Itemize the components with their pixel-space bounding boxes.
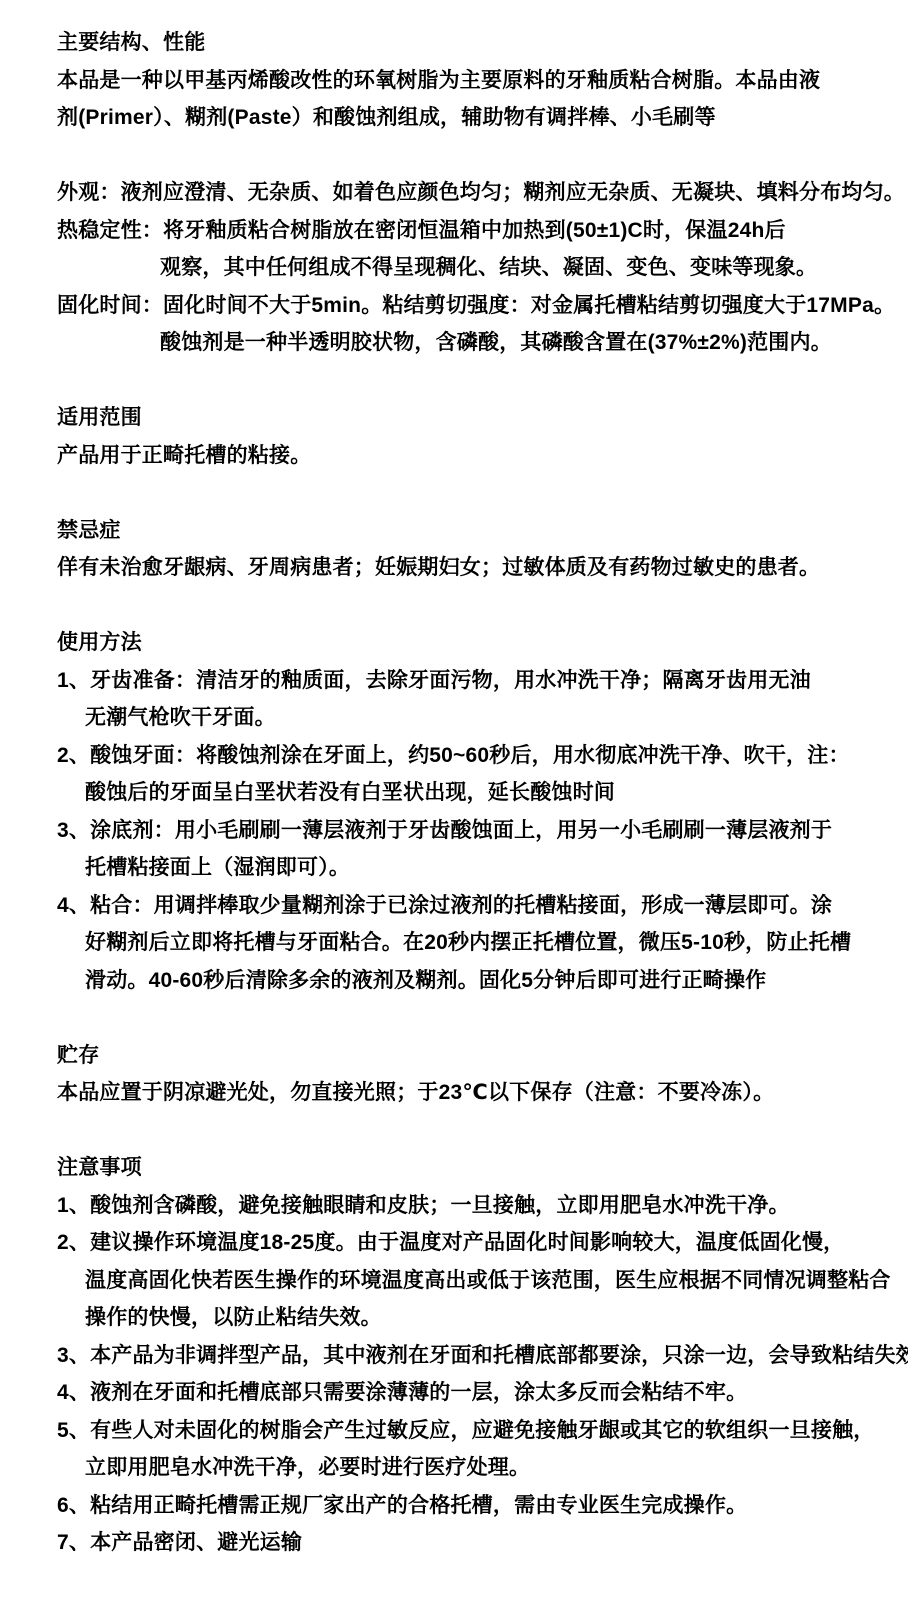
section-title-storage: 贮存 xyxy=(57,1037,902,1075)
scope-line: 产品用于正畸托槽的粘接。 xyxy=(57,437,902,475)
section-usage: 使用方法 1、牙齿准备：清洁牙的釉质面，去除牙面污物，用水冲洗干净；隔离牙齿用无… xyxy=(57,624,902,999)
section-title-contraindications: 禁忌症 xyxy=(57,512,902,550)
precaution-5-continuation: 立即用肥皂水冲洗干净，必要时进行医疗处理。 xyxy=(57,1449,902,1487)
section-title-precautions: 注意事项 xyxy=(57,1149,902,1187)
usage-step-4-continuation: 滑动。40-60秒后清除多余的液剂及糊剂。固化5分钟后即可进行正畸操作 xyxy=(57,962,902,1000)
usage-step-1: 1、牙齿准备：清洁牙的釉质面，去除牙面污物，用水冲洗干净；隔离牙齿用无油 xyxy=(57,662,902,700)
section-title-scope: 适用范围 xyxy=(57,399,902,437)
usage-step-4-continuation: 好糊剂后立即将托槽与牙面粘合。在20秒内摆正托槽位置，微压5-10秒，防止托槽 xyxy=(57,924,902,962)
thermal-stability-continuation: 观察，其中任何组成不得呈现稠化、结块、凝固、变色、变味等现象。 xyxy=(57,249,902,287)
structure-line: 剂(Primer）、糊剂(Paste）和酸蚀剂组成，辅助物有调拌棒、小毛刷等 xyxy=(57,99,902,137)
section-properties: 外观：液剂应澄清、无杂质、如着色应颜色均匀；糊剂应无杂质、无凝块、填料分布均匀。… xyxy=(57,174,902,362)
precaution-4: 4、液剂在牙面和托槽底部只需要涂薄薄的一层，涂太多反而会粘结不牢。 xyxy=(57,1374,902,1412)
structure-line: 本品是一种以甲基丙烯酸改性的环氧树脂为主要原料的牙釉质粘合树脂。本品由液 xyxy=(57,62,902,100)
precaution-3: 3、本产品为非调拌型产品，其中液剂在牙面和托槽底部都要涂，只涂一边，会导致粘结失… xyxy=(57,1337,902,1375)
etchant-line: 酸蚀剂是一种半透明胶状物，含磷酸，其磷酸含置在(37%±2%)范围内。 xyxy=(57,324,902,362)
precaution-2: 2、建议操作环境温度18-25度。由于温度对产品固化时间影响较大，温度低固化慢， xyxy=(57,1224,902,1262)
appearance-line: 外观：液剂应澄清、无杂质、如着色应颜色均匀；糊剂应无杂质、无凝块、填料分布均匀。 xyxy=(57,174,902,212)
precaution-1: 1、酸蚀剂含磷酸，避免接触眼睛和皮肤；一旦接触，立即用肥皂水冲洗干净。 xyxy=(57,1187,902,1225)
precaution-6: 6、粘结用正畸托槽需正规厂家出产的合格托槽，需由专业医生完成操作。 xyxy=(57,1487,902,1525)
section-title-main-structure: 主要结构、性能 xyxy=(57,24,902,62)
section-main-structure: 主要结构、性能 本品是一种以甲基丙烯酸改性的环氧树脂为主要原料的牙釉质粘合树脂。… xyxy=(57,24,902,137)
thermal-stability-line: 热稳定性：将牙釉质粘合树脂放在密闭恒温箱中加热到(50±1)C时，保温24h后 xyxy=(57,212,902,250)
usage-step-2: 2、酸蚀牙面：将酸蚀剂涂在牙面上，约50~60秒后，用水彻底冲洗干净、吹干，注： xyxy=(57,737,902,775)
section-contraindications: 禁忌症 佯有未治愈牙龈病、牙周病患者；妊娠期妇女；过敏体质及有药物过敏史的患者。 xyxy=(57,512,902,587)
product-instructions-document: 主要结构、性能 本品是一种以甲基丙烯酸改性的环氧树脂为主要原料的牙釉质粘合树脂。… xyxy=(0,0,908,1562)
usage-step-3-continuation: 托槽粘接面上（湿润即可）。 xyxy=(57,849,902,887)
usage-step-4: 4、粘合：用调拌棒取少量糊剂涂于已涂过液剂的托槽粘接面，形成一薄层即可。涂 xyxy=(57,887,902,925)
precaution-2-continuation: 操作的快慢，以防止粘结失效。 xyxy=(57,1299,902,1337)
section-storage: 贮存 本品应置于阴凉避光处，勿直接光照；于23℃以下保存（注意：不要冷冻）。 xyxy=(57,1037,902,1112)
precaution-7: 7、本产品密闭、避光运输 xyxy=(57,1524,902,1562)
section-title-usage: 使用方法 xyxy=(57,624,902,662)
usage-step-3: 3、涂底剂：用小毛刷刷一薄层液剂于牙齿酸蚀面上，用另一小毛刷刷一薄层液剂于 xyxy=(57,812,902,850)
contraindications-line: 佯有未治愈牙龈病、牙周病患者；妊娠期妇女；过敏体质及有药物过敏史的患者。 xyxy=(57,549,902,587)
precaution-2-continuation: 温度高固化快若医生操作的环境温度高出或低于该范围，医生应根据不同情况调整粘合 xyxy=(57,1262,902,1300)
section-precautions: 注意事项 1、酸蚀剂含磷酸，避免接触眼睛和皮肤；一旦接触，立即用肥皂水冲洗干净。… xyxy=(57,1149,902,1562)
curing-time-line: 固化时间：固化时间不大于5min。粘结剪切强度：对金属托槽粘结剪切强度大于17M… xyxy=(57,287,902,325)
section-scope: 适用范围 产品用于正畸托槽的粘接。 xyxy=(57,399,902,474)
usage-step-2-continuation: 酸蚀后的牙面呈白垩状若没有白垩状出现，延长酸蚀时间 xyxy=(57,774,902,812)
usage-step-1-continuation: 无潮气枪吹干牙面。 xyxy=(57,699,902,737)
precaution-5: 5、有些人对未固化的树脂会产生过敏反应，应避免接触牙龈或其它的软组织一旦接触， xyxy=(57,1412,902,1450)
storage-line: 本品应置于阴凉避光处，勿直接光照；于23℃以下保存（注意：不要冷冻）。 xyxy=(57,1074,902,1112)
